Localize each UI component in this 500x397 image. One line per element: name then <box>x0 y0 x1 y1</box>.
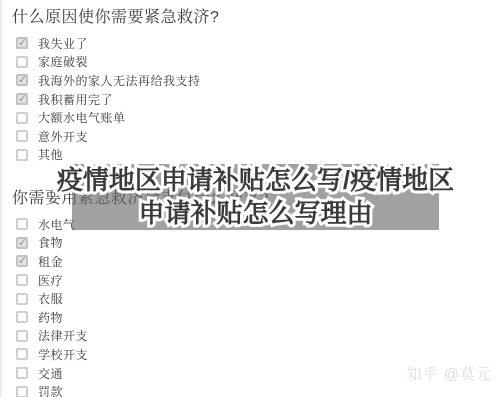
checkbox-icon[interactable]: ✓ <box>16 74 28 86</box>
checkbox-row: 交通 <box>12 364 269 383</box>
checkbox-label: 交通 <box>38 365 63 382</box>
checkbox-label: 法律开支 <box>38 327 88 344</box>
overlay-title-line2: 申请补贴怎么写理由 申请补贴怎么写理由 <box>138 197 372 230</box>
checkbox-label: 药物 <box>38 309 63 326</box>
checkbox-icon[interactable] <box>16 311 28 323</box>
checkbox-label: 食物 <box>38 234 63 251</box>
checkbox-icon[interactable] <box>16 218 28 230</box>
checkbox-row: 医疗 <box>12 271 269 290</box>
checkbox-list-reason: ✓ 我失业了 家庭破裂 ✓ 我海外的家人无法再给我支持 ✓ 我积蓄用完了 <box>12 34 219 164</box>
overlay-title-line2-text: 申请补贴怎么写理由 <box>138 198 372 228</box>
checkbox-label: 水电气 <box>38 216 76 233</box>
checkbox-icon[interactable] <box>16 348 28 360</box>
checkbox-icon[interactable] <box>16 56 28 68</box>
section-emergency-relief-reason: 什么原因使你需要紧急救济? ✓ 我失业了 家庭破裂 ✓ 我海外的家人无法再给我支… <box>12 4 219 164</box>
checkbox-label: 学校开支 <box>38 346 88 363</box>
overlay-title-band: 疫情地区申请补贴怎么写/疫情地区 疫情地区申请补贴怎么写/疫情地区 申请补贴怎么… <box>72 164 439 230</box>
checkbox-row: 其他 <box>12 146 219 165</box>
checkbox-icon[interactable] <box>16 112 28 124</box>
zhihu-watermark: 知乎 @莫元 <box>407 363 492 384</box>
checkbox-icon[interactable]: ✓ <box>16 93 28 105</box>
checkbox-icon[interactable]: ✓ <box>16 237 28 249</box>
checkbox-icon[interactable] <box>16 274 28 286</box>
checkbox-row: 法律开支 <box>12 327 269 346</box>
checkbox-label: 我海外的家人无法再给我支持 <box>38 72 201 89</box>
checkbox-icon[interactable] <box>16 293 28 305</box>
checkbox-label: 家庭破裂 <box>38 53 88 70</box>
checkbox-row: 药物 <box>12 308 269 327</box>
checkbox-icon[interactable]: ✓ <box>16 37 28 49</box>
checkbox-row: 罚款 <box>12 382 269 397</box>
page: 什么原因使你需要紧急救济? ✓ 我失业了 家庭破裂 ✓ 我海外的家人无法再给我支… <box>0 0 500 397</box>
checkbox-label: 意外开支 <box>38 128 88 145</box>
checkbox-icon[interactable] <box>16 130 28 142</box>
question-heading-reason: 什么原因使你需要紧急救济? <box>12 4 219 27</box>
checkbox-label: 衣服 <box>38 290 63 307</box>
checkbox-label: 罚款 <box>38 383 63 397</box>
checkbox-row: 家庭破裂 <box>12 53 219 72</box>
checkbox-row: 大额水电气账单 <box>12 108 219 127</box>
checkbox-icon[interactable] <box>16 386 28 397</box>
checkbox-icon[interactable]: ✓ <box>16 255 28 267</box>
checkbox-list-spending: 水电气 ✓ 食物 ✓ 租金 医疗 衣 <box>12 215 269 397</box>
checkbox-row: 学校开支 <box>12 345 269 364</box>
checkbox-icon[interactable] <box>16 330 28 342</box>
checkbox-label: 大额水电气账单 <box>38 109 126 126</box>
checkbox-row: ✓ 我积蓄用完了 <box>12 90 219 109</box>
checkbox-label: 医疗 <box>38 272 63 289</box>
checkbox-label: 其他 <box>38 146 63 163</box>
overlay-title-line1-text: 疫情地区申请补贴怎么写/疫情地区 <box>57 165 454 195</box>
checkbox-label: 我积蓄用完了 <box>38 91 113 108</box>
checkbox-row: 衣服 <box>12 289 269 308</box>
checkbox-label: 我失业了 <box>38 35 88 52</box>
checkbox-label: 租金 <box>38 253 63 270</box>
checkbox-row: ✓ 我海外的家人无法再给我支持 <box>12 71 219 90</box>
overlay-title-line1: 疫情地区申请补贴怎么写/疫情地区 疫情地区申请补贴怎么写/疫情地区 <box>57 164 454 197</box>
checkbox-row: ✓ 食物 <box>12 234 269 253</box>
checkbox-icon[interactable] <box>16 149 28 161</box>
checkbox-row: ✓ 我失业了 <box>12 34 219 53</box>
checkbox-row: ✓ 租金 <box>12 252 269 271</box>
checkbox-icon[interactable] <box>16 367 28 379</box>
checkbox-row: 意外开支 <box>12 127 219 146</box>
